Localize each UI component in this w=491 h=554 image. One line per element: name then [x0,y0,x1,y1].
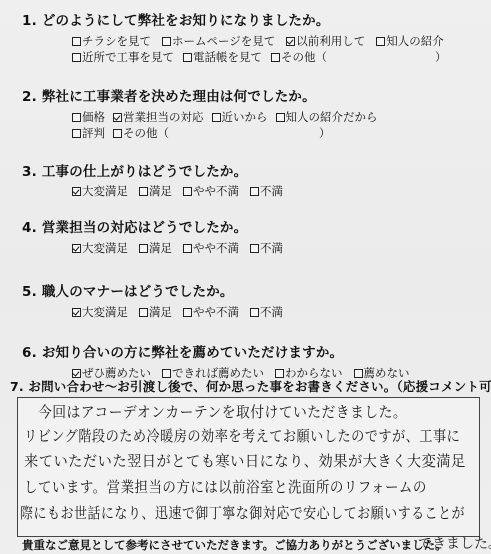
question-2-title: 2. 弊社に工事業者を決めた理由は何でしたか。 [22,85,316,105]
option-referral[interactable]: 知人の紹介 [376,33,444,49]
option-satisfied[interactable]: 満足 [139,183,172,199]
option-used-before[interactable]: 以前利用して [286,33,365,49]
checkbox-checked[interactable] [72,308,81,317]
option-referral[interactable]: 知人の紹介だから [276,109,378,125]
option-satisfied[interactable]: 満足 [139,240,172,256]
option-very-satisfied[interactable]: 大変満足 [72,240,128,256]
checkbox[interactable] [72,37,81,46]
checkbox[interactable] [250,308,259,317]
option-flyer[interactable]: チラシを見て [72,33,151,49]
question-5-options: 大変満足 満足 やや不満 不満 [72,304,283,320]
checkbox[interactable] [276,113,285,122]
checkbox[interactable] [212,113,221,122]
option-homepage[interactable]: ホームページを見て [162,33,275,49]
comment-line-4: しています。営業担当の方には以前浴室と洗面所のリフォームの [24,476,427,497]
question-2-options-row-1: 価格 営業担当の対応 近いから 知人の紹介だから [72,109,378,125]
checkbox[interactable] [72,53,81,62]
option-price[interactable]: 価格 [72,109,105,125]
question-5-title: 5. 職人のマナーはどうでしたか。 [22,280,234,300]
checkbox-checked[interactable] [113,113,122,122]
checkbox[interactable] [183,244,192,253]
question-2-options-row-2: 評判 その他（） [72,125,331,141]
survey-page: 1. どのようにして弊社をお知りになりましたか。 チラシを見て ホームページを見… [0,0,491,554]
option-dissatisfied[interactable]: 不満 [250,183,283,199]
option-somewhat-dissatisfied[interactable]: やや不満 [183,183,239,199]
checkbox[interactable] [72,129,81,138]
checkbox-checked[interactable] [286,37,295,46]
checkbox-checked[interactable] [72,187,81,196]
checkbox[interactable] [250,244,259,253]
comment-line-2: リビング階段のため冷暖房の効率を考えてお願いしたのですが、工事に [24,425,460,446]
question-3-options: 大変満足 満足 やや不満 不満 [72,183,283,199]
checkbox[interactable] [183,53,192,62]
option-sales-response[interactable]: 営業担当の対応 [113,109,204,125]
option-other[interactable]: その他（） [113,125,331,141]
option-satisfied[interactable]: 満足 [139,304,172,320]
question-1-options-row-2: 近所で工事を見て 電話帳を見て その他（） [72,49,447,65]
checkbox[interactable] [139,308,148,317]
option-other[interactable]: その他（） [271,49,447,65]
question-7-title: 7. お問い合わせ～お引渡し後で、何か思った事をお書きください。（応援コメント可… [10,377,491,395]
comment-line-5: 際にもお世話になり、迅速で御丁寧な御対応で安心してお願いすることが [20,502,465,523]
checkbox[interactable] [183,187,192,196]
checkbox[interactable] [113,129,122,138]
checkbox[interactable] [376,37,385,46]
option-nearby[interactable]: 近いから [212,109,268,125]
checkbox[interactable] [72,113,81,122]
comment-line-3: 来ていただいた翌日がとても寒い日になり、効果が大きく大変満足 [24,450,466,471]
checkbox[interactable] [250,187,259,196]
thank-you-note: 貴重なご意見として参考にさせていただきます。ご協力ありがとうございました。 [22,537,447,553]
checkbox[interactable] [139,244,148,253]
checkbox[interactable] [183,308,192,317]
checkbox[interactable] [271,53,280,62]
question-1-title: 1. どのようにして弊社をお知りになりましたか。 [22,9,330,29]
question-4-title: 4. 営業担当の対応はどうでしたか。 [22,216,247,236]
option-very-satisfied[interactable]: 大変満足 [72,183,128,199]
option-reputation[interactable]: 評判 [72,125,105,141]
question-6-title: 6. お知り合いの方に弊社を薦めていただけますか。 [22,341,343,361]
checkbox[interactable] [139,187,148,196]
question-4-options: 大変満足 満足 やや不満 不満 [72,240,283,256]
question-1-options-row-1: チラシを見て ホームページを見て 以前利用して 知人の紹介 [72,33,444,49]
option-phone-book[interactable]: 電話帳を見て [183,49,262,65]
comment-textarea[interactable]: 今回はアコーデオンカーテンを取付けていただきました。 リビング階段のため冷暖房の… [17,397,480,537]
question-3-title: 3. 工事の仕上がりはどうでしたか。 [22,160,247,180]
option-saw-nearby-work[interactable]: 近所で工事を見て [72,49,174,65]
option-very-satisfied[interactable]: 大変満足 [72,304,128,320]
option-somewhat-dissatisfied[interactable]: やや不満 [183,304,239,320]
option-somewhat-dissatisfied[interactable]: やや不満 [183,240,239,256]
option-dissatisfied[interactable]: 不満 [250,304,283,320]
checkbox-checked[interactable] [72,244,81,253]
option-dissatisfied[interactable]: 不満 [250,240,283,256]
comment-line-1: 今回はアコーデオンカーテンを取付けていただきました。 [38,401,407,422]
checkbox[interactable] [162,37,171,46]
